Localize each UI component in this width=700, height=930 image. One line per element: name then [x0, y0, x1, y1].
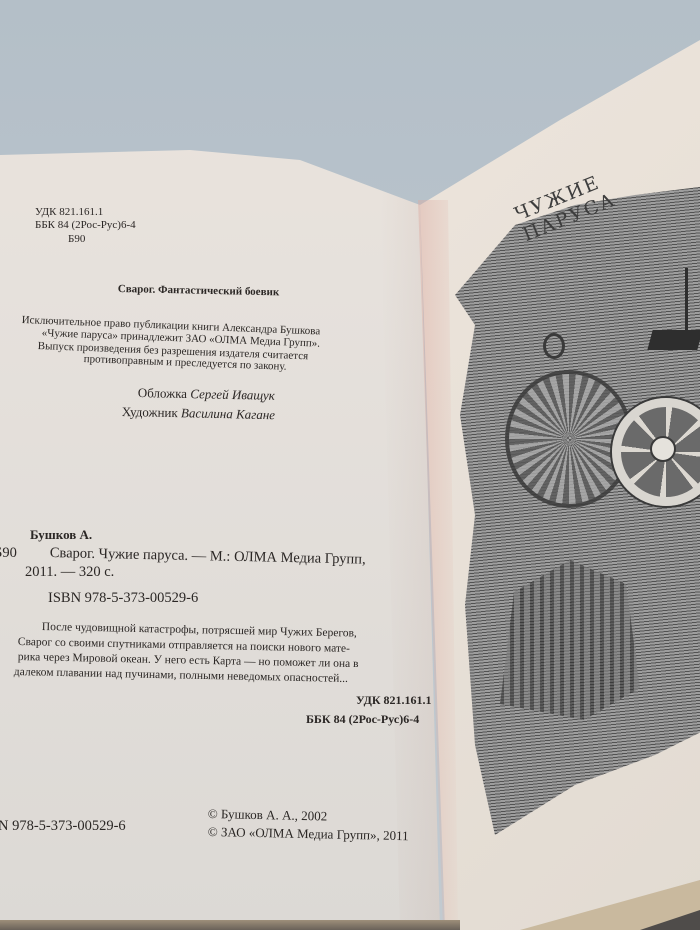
- bbk-code-bottom: ББК 84 (2Рос-Рус)6-4: [306, 712, 419, 726]
- bbk-code: ББК 84 (2Рос-Рус)6-4: [35, 218, 136, 232]
- ship-illustration: [647, 330, 700, 350]
- book-bottom-edge: [0, 920, 460, 930]
- catalog-year-pages: 2011. — 320 с.: [25, 564, 114, 581]
- credit-artist: Художник Василина Кагане: [122, 404, 276, 423]
- ship-mast-illustration: [685, 268, 688, 330]
- credit-role: Обложка: [138, 385, 188, 401]
- footer-isbn: N 978-5-373-00529-6: [0, 818, 126, 835]
- credit-cover: Обложка Сергей Иващук: [138, 385, 275, 404]
- author-mark: Б90: [68, 232, 85, 246]
- cover-engraving: [455, 185, 700, 835]
- catalog-isbn: ISBN 978-5-373-00529-6: [48, 590, 198, 607]
- astrolabe-ring-illustration: [543, 333, 565, 359]
- udk-code-bottom: УДК 821.161.1: [356, 693, 432, 707]
- copyright-author: © Бушков А. А., 2002: [208, 806, 328, 824]
- ship-wheel-hub: [650, 436, 676, 462]
- credit-name: Василина Кагане: [181, 405, 275, 422]
- catalog-mark-text: Б90: [0, 545, 17, 561]
- credit-name: Сергей Иващук: [190, 386, 275, 403]
- catalog-mark: Б90: [0, 545, 17, 562]
- catalog-author: Бушков А.: [30, 527, 92, 543]
- credit-role: Художник: [122, 404, 178, 420]
- udk-code: УДК 821.161.1: [35, 205, 103, 219]
